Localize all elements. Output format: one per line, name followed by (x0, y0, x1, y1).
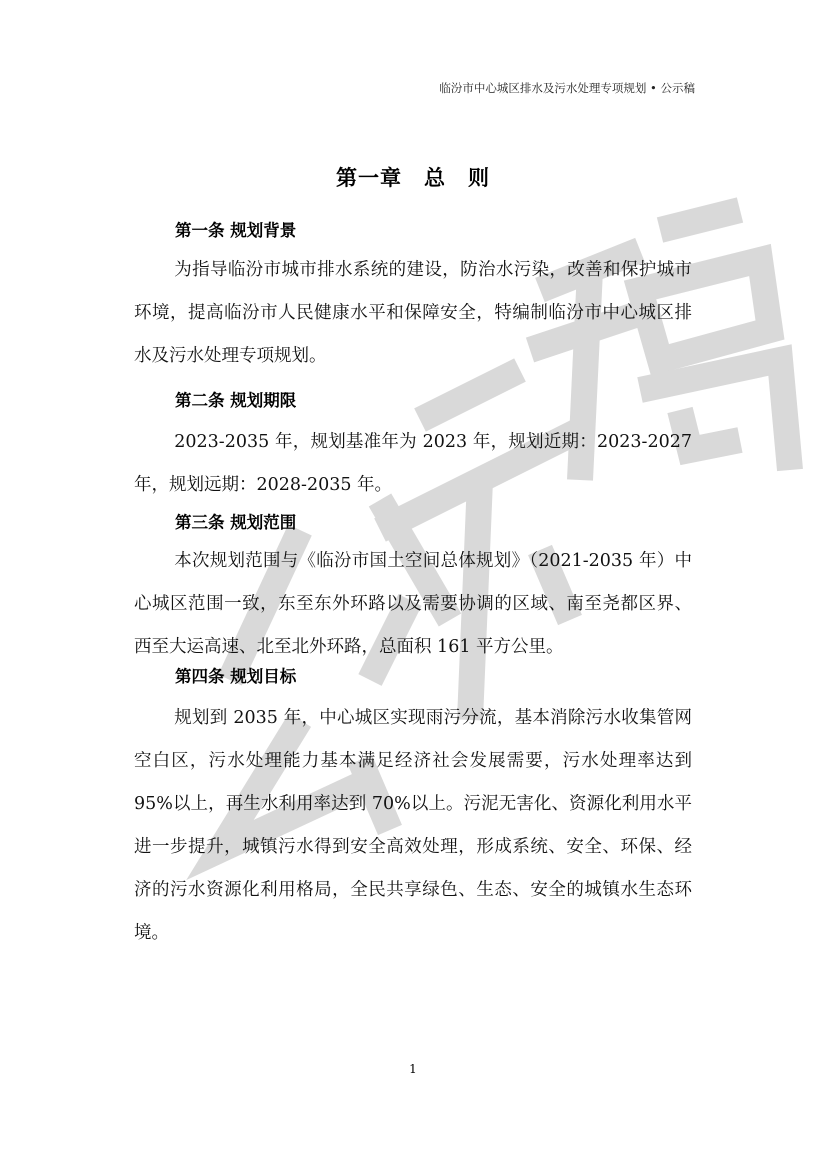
chapter-title: 第一章 总 则 (0, 162, 826, 192)
article-2-body: 2023-2035 年，规划基准年为 2023 年，规划近期：2023-2027… (134, 421, 692, 507)
running-header: 临汾市中心城区排水及污水处理专项规划 • 公示稿 (439, 80, 695, 96)
article-1-body: 为指导临汾市城市排水系统的建设，防治水污染，改善和保护城市环境，提高临汾市人民健… (134, 249, 692, 378)
article-3-body: 本次规划范围与《临汾市国土空间总体规划》（2021-2035 年）中心城区范围一… (134, 540, 692, 669)
article-4-body: 规划到 2035 年，中心城区实现雨污分流，基本消除污水收集管网空白区，污水处理… (134, 697, 692, 955)
article-1-heading: 第一条 规划背景 (175, 217, 296, 241)
article-4-heading: 第四条 规划目标 (175, 663, 296, 687)
article-2-heading: 第二条 规划期限 (175, 387, 296, 411)
page-number: 1 (0, 1062, 826, 1076)
article-3-heading: 第三条 规划范围 (175, 509, 296, 533)
